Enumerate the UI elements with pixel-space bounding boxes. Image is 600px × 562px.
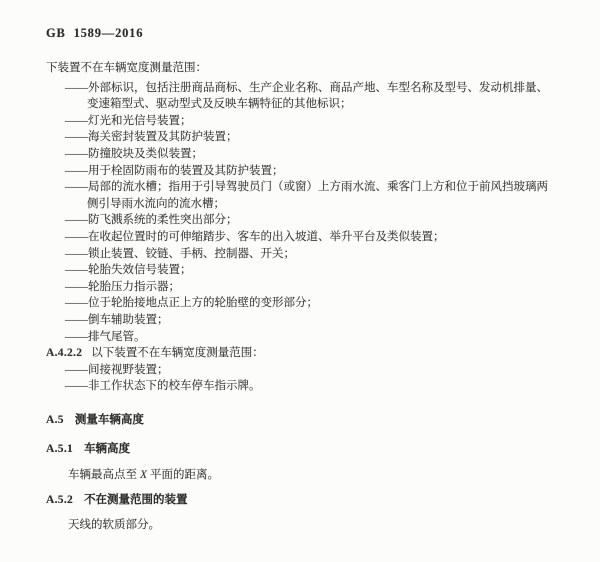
heading-a5: A.5测量车辆高度 bbox=[46, 412, 554, 429]
heading-a52-number: A.5.2 bbox=[46, 494, 73, 506]
heading-a51: A.5.1车辆高度 bbox=[46, 441, 554, 458]
document-page: GB 1589—2016 下装置不在车辆宽度测量范围： ——外部标识，包括注册商… bbox=[0, 0, 600, 562]
dash-list-item: ——轮胎失效信号装置； bbox=[46, 262, 554, 279]
dash-list-item: ——间接视野装置； bbox=[46, 362, 554, 379]
clause-a422-number: A.4.2.2 bbox=[46, 347, 82, 359]
dash-list-item: ——锁止装置、铰链、手柄、控制器、开关； bbox=[46, 246, 554, 263]
dash-list-item: ——外部标识，包括注册商品商标、生产企业名称、商品产地、车型名称及型号、发动机排… bbox=[46, 80, 554, 113]
dash-list-item: ——位于轮胎接地点正上方的轮胎壁的变形部分； bbox=[46, 295, 554, 312]
width-exclusion-list: ——外部标识，包括注册商品商标、生产企业名称、商品产地、车型名称及型号、发动机排… bbox=[46, 80, 554, 346]
dash-list-item: ——用于栓固防雨布的装置及其防护装置； bbox=[46, 163, 554, 180]
heading-a52: A.5.2不在测量范围的装置 bbox=[46, 492, 554, 509]
heading-a52-title: 不在测量范围的装置 bbox=[84, 494, 188, 506]
dash-list-item: ——非工作状态下的校车停车指示牌。 bbox=[46, 378, 554, 395]
dash-list-item: ——防撞胶块及类似装置； bbox=[46, 146, 554, 163]
a51-variable-x: X bbox=[137, 469, 150, 481]
width-exclusion-intro: 下装置不在车辆宽度测量范围： bbox=[46, 60, 554, 77]
heading-a51-title: 车辆高度 bbox=[84, 443, 130, 455]
dash-list-item: ——倒车辅助装置； bbox=[46, 312, 554, 329]
dash-list-item: ——海关密封装置及其防护装置； bbox=[46, 129, 554, 146]
a51-body-prefix: 车辆最高点至 bbox=[68, 469, 137, 481]
a51-body-paragraph: 车辆最高点至X平面的距离。 bbox=[46, 467, 554, 484]
heading-a5-number: A.5 bbox=[46, 414, 64, 426]
clause-a422: A.4.2.2以下装置不在车辆宽度测量范围： bbox=[46, 345, 554, 362]
dash-list-item: ——轮胎压力指示器； bbox=[46, 279, 554, 296]
a51-body-suffix: 平面的距离。 bbox=[150, 469, 219, 481]
heading-a5-title: 测量车辆高度 bbox=[75, 414, 144, 426]
standard-number-header: GB 1589—2016 bbox=[46, 26, 554, 41]
dash-list-item: ——在收起位置时的可伸缩踏步、客车的出入坡道、举升平台及类似装置； bbox=[46, 229, 554, 246]
clause-a422-text: 以下装置不在车辆宽度测量范围： bbox=[91, 347, 264, 359]
dash-list-item: ——排气尾管。 bbox=[46, 329, 554, 346]
dash-list-item: ——局部的流水槽；指用于引导驾驶员门（或窗）上方雨水流、乘客门上方和位于前风挡玻… bbox=[46, 179, 554, 212]
clause-a422-list: ——间接视野装置；——非工作状态下的校车停车指示牌。 bbox=[46, 362, 554, 395]
dash-list-item: ——灯光和光信号装置； bbox=[46, 113, 554, 130]
heading-a51-number: A.5.1 bbox=[46, 443, 73, 455]
a52-body-paragraph: 天线的软质部分。 bbox=[46, 517, 554, 534]
dash-list-item: ——防飞溅系统的柔性突出部分； bbox=[46, 212, 554, 229]
